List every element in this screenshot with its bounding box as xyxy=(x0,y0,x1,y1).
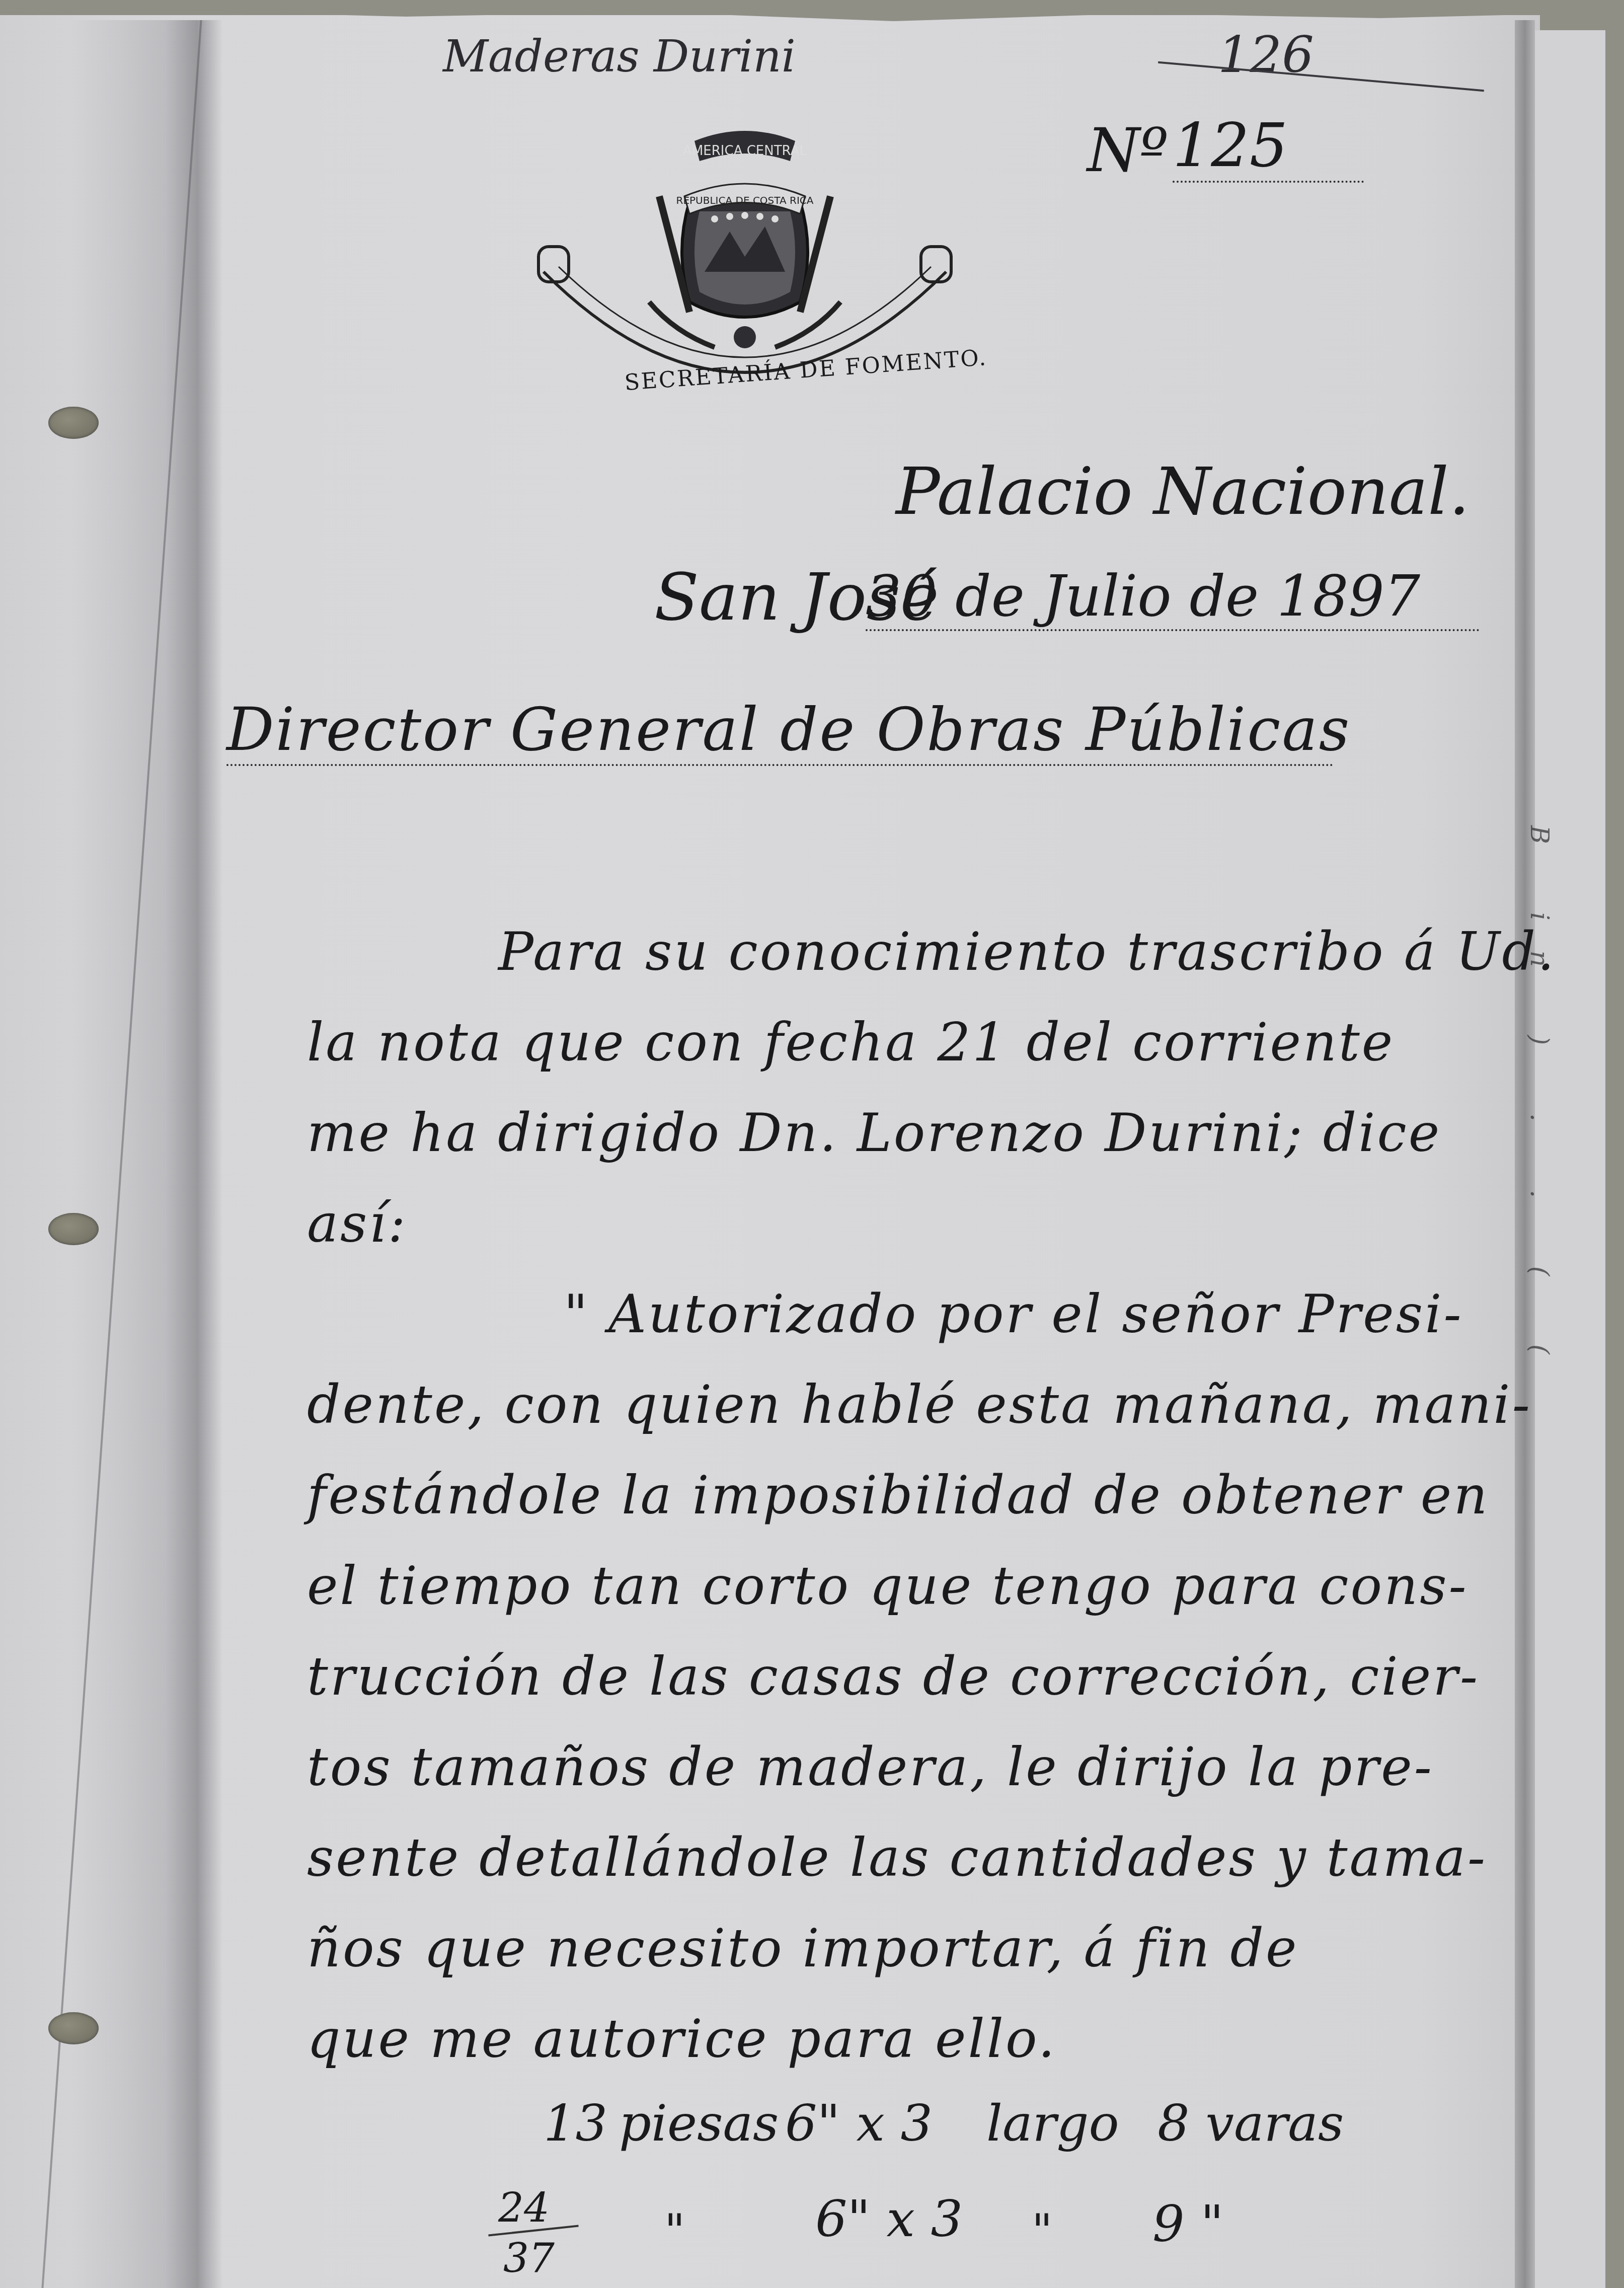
recipient: Director General de Obras Públicas xyxy=(226,695,1334,766)
punch-hole-icon xyxy=(48,2012,99,2044)
item-size: 6" x 3 xyxy=(785,2094,933,2153)
item-qty-bottom: 37 xyxy=(503,2235,555,2281)
margin-marks: B in ) . . ( ( xyxy=(1525,825,1554,1385)
body-line: sente detallándole las cantidades y tama… xyxy=(307,1827,1487,1888)
body-line: así: xyxy=(307,1193,408,1254)
svg-text:AMERICA CENTRAL: AMERICA CENTRAL xyxy=(683,143,807,159)
item-qty: 13 xyxy=(544,2094,607,2153)
body-line: me ha dirigido Dn. Lorenzo Durini; dice xyxy=(307,1102,1441,1164)
date: 30 de Julio de 1897 xyxy=(866,564,1480,631)
punch-hole-icon xyxy=(48,1213,99,1245)
top-annotation: Maderas Durini xyxy=(443,30,796,82)
body-line: la nota que con fecha 21 del corriente xyxy=(307,1012,1395,1073)
body-line: el tiempo tan corto que tengo para cons- xyxy=(307,1555,1468,1617)
place-heading: Palacio Nacional. xyxy=(896,453,1470,529)
letter-number: 125 xyxy=(1173,111,1364,183)
body-line: ños que necesito importar, á fin de xyxy=(307,1918,1299,1979)
letter-number-label: Nº xyxy=(1087,116,1168,186)
punch-hole-icon xyxy=(48,407,99,439)
body-line: " Autorizado por el señor Presi- xyxy=(564,1283,1463,1345)
body-line: trucción de las casas de corrección, cie… xyxy=(307,1646,1480,1707)
item-length: 8 varas xyxy=(1157,2094,1344,2153)
body-line: Para su conocimiento trascribo á Ud. xyxy=(498,921,1556,982)
item-unit: " xyxy=(664,2204,685,2257)
item-length-label: " xyxy=(1032,2204,1052,2257)
body-line: tos tamaños de madera, le dirijo la pre- xyxy=(307,1736,1434,1798)
item-unit: piesas xyxy=(619,2094,779,2153)
item-size: 6" x 3 xyxy=(815,2189,963,2248)
item-length-label: largo xyxy=(986,2094,1119,2153)
svg-text:REPUBLICA DE COSTA RICA: REPUBLICA DE COSTA RICA xyxy=(676,194,814,206)
letterhead-crest: AMERICA CENTRAL REPUBLICA DE COSTA RICA … xyxy=(523,121,966,443)
body-line: que me autorice para ello. xyxy=(307,2008,1057,2070)
item-length: 9 " xyxy=(1152,2194,1223,2253)
item-qty-top: 24 xyxy=(498,2184,550,2231)
body-line: dente, con quien hablé esta mañana, mani… xyxy=(307,1374,1532,1435)
body-line: festándole la imposibilidad de obtener e… xyxy=(307,1465,1489,1526)
coat-of-arms-icon: AMERICA CENTRAL REPUBLICA DE COSTA RICA xyxy=(523,121,966,443)
